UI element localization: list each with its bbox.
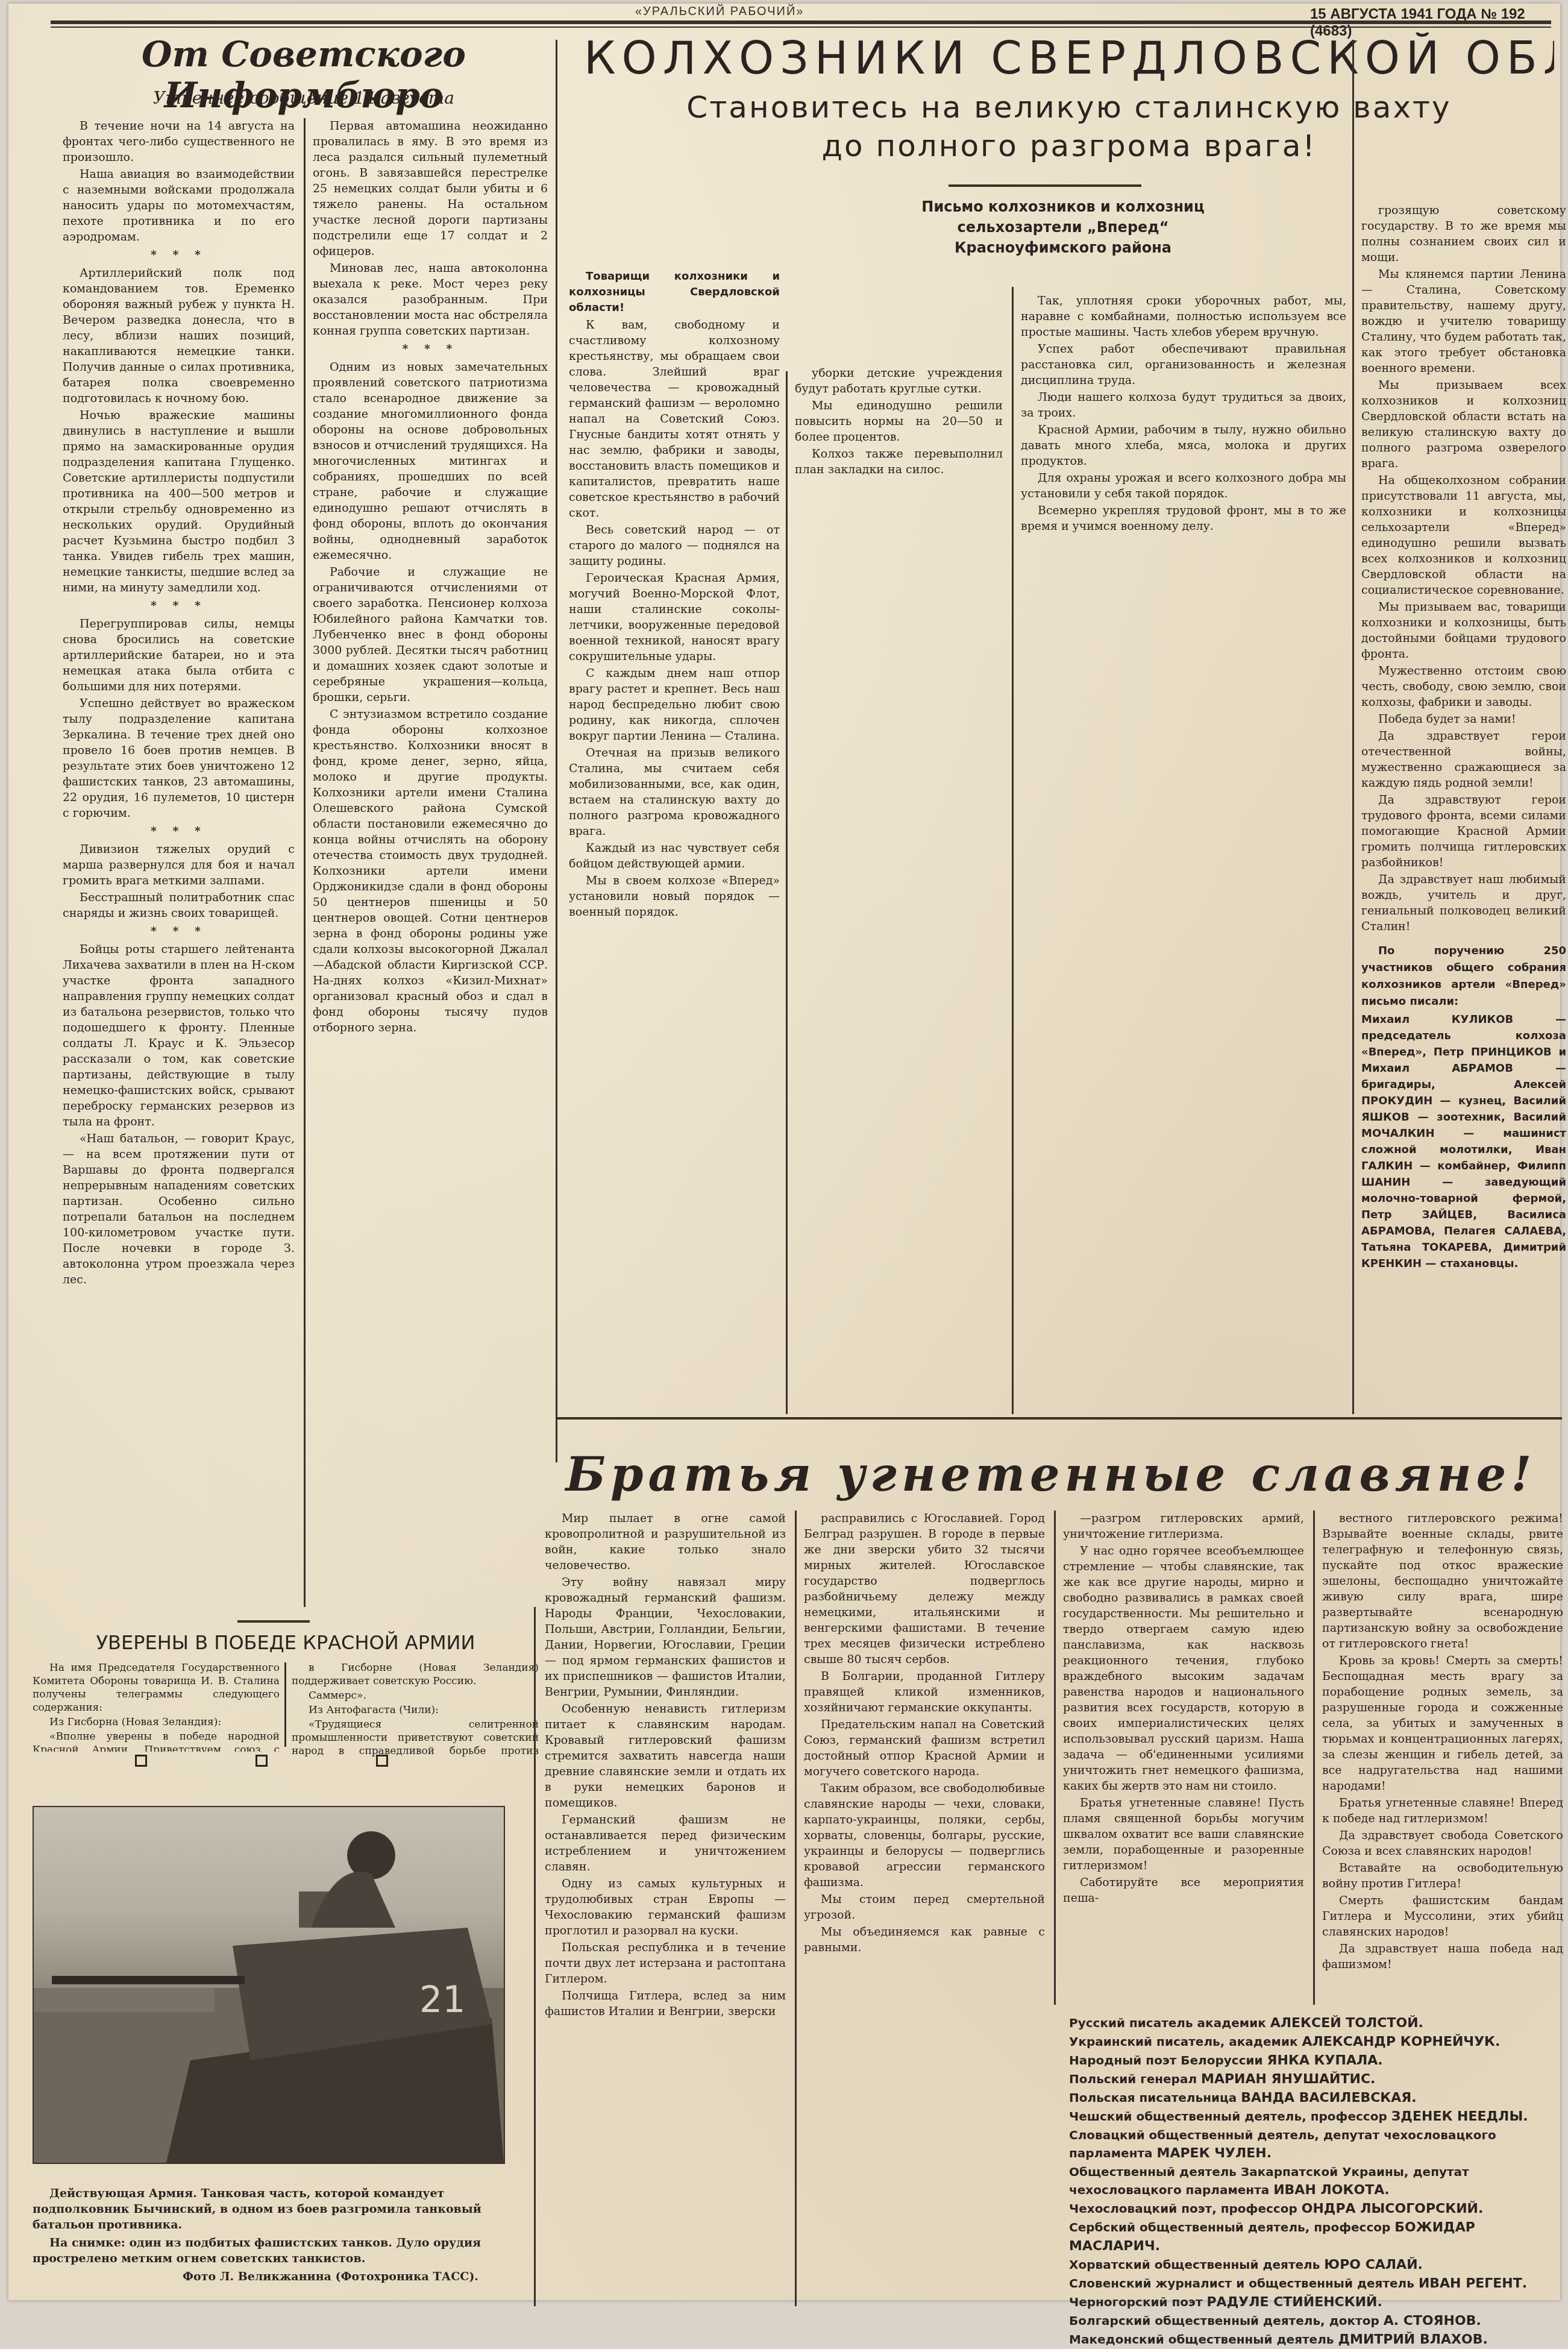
section-stars: * * * bbox=[63, 247, 295, 263]
kolkhoz-column-1-body: К вам, свободному и счастливому колхозно… bbox=[569, 317, 780, 920]
signer: Словацкий общественный деятель, депутат … bbox=[1069, 2126, 1551, 2163]
caption-line-2: На снимке: один из подбитых фашистских т… bbox=[33, 2235, 515, 2266]
paragraph: Да здравствует наша победа над фашизмом! bbox=[1322, 1941, 1563, 1972]
slavs-column-2: расправились с Югославией. Город Белград… bbox=[804, 1511, 1045, 2306]
paragraph: Успех работ обеспечивают правильная расс… bbox=[1021, 341, 1346, 388]
photo-credit: Фото Л. Великжанина (Фотохроника ТАСС). bbox=[33, 2269, 515, 2285]
section-stars: * * * bbox=[63, 923, 295, 939]
paragraph: Смерть фашистским бандам Гитлера и Муссо… bbox=[1322, 1893, 1563, 1940]
kolkhoz-subheadline: Становитесь на великую сталинскую вахту … bbox=[584, 88, 1554, 165]
paragraph: Каждый из нас чувствует себя бойцом дейс… bbox=[569, 840, 780, 872]
paragraph: —разгром гитлеровских армий, уничтожение… bbox=[1063, 1511, 1304, 1542]
paragraph: Мужественно отстоим свою честь, свободу,… bbox=[1361, 663, 1566, 710]
paragraph: Саммерс». bbox=[292, 1689, 539, 1702]
signer-role: Словацкий общественный деятель, депутат … bbox=[1069, 2128, 1496, 2160]
signer: Украинский писатель, академик АЛЕКСАНДР … bbox=[1069, 2033, 1551, 2051]
paragraph: Таким образом, все свободолюбивые славян… bbox=[804, 1781, 1045, 1890]
greeting: Товарищи колхозники и колхозницы Свердло… bbox=[569, 269, 780, 316]
signer-role: Русский писатель академик bbox=[1069, 2016, 1270, 2030]
paragraph: Мы единодушно решили повысить нормы на 2… bbox=[795, 398, 1003, 445]
signer-name: МАРЕК ЧУЛЕН. bbox=[1157, 2146, 1272, 2161]
signer-role: Общественный деятель Закарпатской Украин… bbox=[1069, 2165, 1469, 2197]
masthead-rule-thin bbox=[51, 27, 1551, 28]
paragraph: Да здравствует герои отечественной войны… bbox=[1361, 728, 1566, 791]
paragraph: Так, уплотняя сроки уборочных работ, мы,… bbox=[1021, 293, 1346, 340]
signer-role: Словенский журналист и общественный деят… bbox=[1069, 2276, 1419, 2291]
column-divider bbox=[304, 118, 306, 1607]
column-divider bbox=[1352, 40, 1354, 1414]
paragraph: Полчища Гитлера, вслед за ним фашистов И… bbox=[545, 1988, 786, 2019]
signer: Общественный деятель Закарпатской Украин… bbox=[1069, 2163, 1551, 2200]
paragraph: Саботируйте все мероприятия пеша- bbox=[1063, 1875, 1304, 1906]
signer: Польская писательница ВАНДА ВАСИЛЕВСКАЯ. bbox=[1069, 2089, 1551, 2107]
signer-name: ЯНКА КУПАЛА. bbox=[1267, 2053, 1383, 2068]
signer: Черногорский поэт РАДУЛЕ СТИЙЕНСКИЙ. bbox=[1069, 2293, 1551, 2312]
paragraph: Бойцы роты старшего лейтенанта Лихачева … bbox=[63, 942, 295, 1130]
paragraph: Братья угнетенные славяне! Вперед к побе… bbox=[1322, 1795, 1563, 1826]
signatories: Михаил КУЛИКОВ — председатель колхоза «В… bbox=[1361, 1011, 1566, 1272]
paragraph: Героическая Красная Армия, могучий Военн… bbox=[569, 570, 780, 664]
section-stars: * * * bbox=[63, 598, 295, 614]
paragraph: Мы клянемся партии Ленина — Сталина, Сов… bbox=[1361, 266, 1566, 376]
paragraph: Польская республика и в течение почти дв… bbox=[545, 1940, 786, 1987]
signer-role: Народный поэт Белоруссии bbox=[1069, 2053, 1267, 2068]
slavs-headline: Братья угнетенные славяне! bbox=[539, 1447, 1563, 1502]
paragraph: Первая автомашина неожиданно провалилась… bbox=[313, 118, 548, 259]
subheadline-line-1: Становитесь на великую сталинскую вахту bbox=[584, 88, 1554, 127]
column-divider bbox=[1313, 1511, 1315, 2005]
slavs-column-4: вестного гитлеровского режима! Взрывайте… bbox=[1322, 1511, 1563, 2005]
paragraph: Перегруппировав силы, немцы снова бросил… bbox=[63, 616, 295, 694]
paragraph: Братья угнетенные славяне! Пусть пламя с… bbox=[1063, 1795, 1304, 1873]
signer-name: ВАНДА ВАСИЛЕВСКАЯ. bbox=[1241, 2090, 1416, 2105]
caption-line-1: Действующая Армия. Танковая часть, котор… bbox=[33, 2186, 515, 2233]
paragraph: Да здравствует наш любимый вождь, учител… bbox=[1361, 872, 1566, 934]
signer-role: Польская писательница bbox=[1069, 2090, 1241, 2105]
paragraph: На общеколхозном собрании присутствовали… bbox=[1361, 473, 1566, 598]
paragraph: Колхоз также перевыполнил план закладки … bbox=[795, 446, 1003, 477]
kolkhoz-column-2: уборки детские учреждения будут работать… bbox=[795, 365, 1003, 1414]
sovinformburo-subtitle: Утреннее сообщение 14 августа bbox=[63, 88, 545, 108]
short-rule bbox=[237, 1620, 310, 1623]
paragraph: «Вполне уверены в победе народной Красно… bbox=[33, 1730, 280, 1752]
paragraph: Для охраны урожая и всего колхозного доб… bbox=[1021, 470, 1346, 502]
signer: Хорватский общественный деятель ЮРО САЛА… bbox=[1069, 2256, 1551, 2274]
kolkhoz-column-4: грозящую советскому государству. В то же… bbox=[1361, 203, 1566, 1414]
paragraph: Красной Армии, рабочим в тылу, нужно оби… bbox=[1021, 422, 1346, 469]
column-divider bbox=[786, 371, 788, 1414]
paragraph: Весь советский народ — от старого до мал… bbox=[569, 522, 780, 569]
square-bullet-icon bbox=[135, 1755, 147, 1767]
paragraph: Ночью вражеские машины двинулись в насту… bbox=[63, 407, 295, 596]
paragraph: Кровь за кровь! Смерть за смерть! Беспощ… bbox=[1322, 1653, 1563, 1794]
paragraph: Эту войну навязал миру кровожадный герма… bbox=[545, 1574, 786, 1700]
paragraph: в Гисборне (Новая Зеландия) поддерживает… bbox=[292, 1661, 539, 1688]
section-stars: * * * bbox=[313, 341, 548, 357]
signer-role: Украинский писатель, академик bbox=[1069, 2034, 1302, 2049]
signer-name: МАРИАН ЯНУШАЙТИС. bbox=[1201, 2072, 1375, 2087]
paragraph: вестного гитлеровского режима! Взрывайте… bbox=[1322, 1511, 1563, 1652]
paragraph: У нас одно горячее всеобъемлющее стремле… bbox=[1063, 1543, 1304, 1794]
paragraph: С энтузиазмом встретило создание фонда о… bbox=[313, 706, 548, 1036]
paragraph: Победа будет за нами! bbox=[1361, 711, 1566, 727]
kolkhoz-column-3: Так, уплотняя сроки уборочных работ, мы,… bbox=[1021, 293, 1346, 1414]
paragraph: Бесстрашный политработник спас снаряды и… bbox=[63, 890, 295, 921]
signer-role: Хорватский общественный деятель bbox=[1069, 2257, 1324, 2272]
signer: Болгарский общественный деятель, доктор … bbox=[1069, 2312, 1551, 2321]
slavs-column-1: Мир пылает в огне самой кровопролитной и… bbox=[545, 1511, 786, 2306]
section-divider bbox=[534, 1607, 536, 2306]
paragraph: Рабочие и служащие не ограничиваются отч… bbox=[313, 564, 548, 705]
signer: Сербский общественный деятель, профессор… bbox=[1069, 2218, 1551, 2256]
newspaper-page: «УРАЛЬСКИЙ РАБОЧИЙ» 15 АВГУСТА 1941 ГОДА… bbox=[8, 4, 1560, 2300]
signer-name: ИВАН РЕГЕНТ. bbox=[1419, 2276, 1527, 2291]
paragraph: Германский фашизм не останавливается пер… bbox=[545, 1812, 786, 1875]
signer-name: РАДУЛЕ СТИЙЕНСКИЙ. bbox=[1207, 2295, 1382, 2310]
kolkhoz-column-4-body: грозящую советскому государству. В то же… bbox=[1361, 203, 1566, 934]
paragraph: Одним из новых замечательных проявлений … bbox=[313, 359, 548, 563]
signer-name: ИВАН ЛОКОТА. bbox=[1273, 2183, 1389, 2198]
paragraph: Артиллерийский полк под командованием то… bbox=[63, 265, 295, 406]
signer-name: ЮРО САЛАЙ. bbox=[1324, 2257, 1423, 2272]
paragraph: Особенную ненависть гитлеризм питает к с… bbox=[545, 1701, 786, 1811]
signer: Словенский журналист и общественный деят… bbox=[1069, 2274, 1551, 2293]
paragraph: С каждым днем наш отпор врагу растет и к… bbox=[569, 665, 780, 744]
tank-illustration-icon: 21 bbox=[34, 1807, 504, 2163]
column-divider bbox=[284, 1662, 286, 1747]
signer: Чешский общественный деятель, профессор … bbox=[1069, 2107, 1551, 2126]
photo-caption: Действующая Армия. Танковая часть, котор… bbox=[33, 2186, 515, 2287]
tank-photo: 21 bbox=[33, 1806, 505, 2164]
paragraph: Дивизион тяжелых орудий с марша разверну… bbox=[63, 841, 295, 888]
signer-name: АЛЕКСАНДР КОРНЕЙЧУК. bbox=[1302, 2034, 1500, 2049]
paragraph: Наша авиация во взаимодействии с наземны… bbox=[63, 166, 295, 245]
section-stars: * * * bbox=[63, 823, 295, 839]
paper-name: «УРАЛЬСКИЙ РАБОЧИЙ» bbox=[635, 5, 804, 19]
kolkhoz-column-1: Товарищи колхозники и колхозницы Свердло… bbox=[569, 269, 780, 1414]
paragraph: Всемерно укрепляя трудовой фронт, мы в т… bbox=[1021, 503, 1346, 534]
confident-column-1: На имя Председателя Государственного Ком… bbox=[33, 1661, 280, 1752]
signer-name: А. СТОЯНОВ. bbox=[1384, 2313, 1481, 2321]
paragraph: Одну из самых культурных и трудолюбивых … bbox=[545, 1876, 786, 1939]
separator-bullets bbox=[81, 1755, 442, 1767]
sovinformburo-column-2: Первая автомашина неожиданно провалилась… bbox=[313, 118, 548, 1607]
paragraph: На имя Председателя Государственного Ком… bbox=[33, 1661, 280, 1714]
paragraph: расправились с Югославией. Город Белград… bbox=[804, 1511, 1045, 1667]
paragraph: «Трудящиеся селитренной промышленности п… bbox=[292, 1718, 539, 1758]
paragraph: В течение ночи на 14 августа на фронтах … bbox=[63, 118, 295, 165]
section-rule bbox=[556, 1417, 1562, 1420]
signer-role: Чехословацкий поэт, профессор bbox=[1069, 2201, 1302, 2216]
confident-headline: УВЕРЕНЫ В ПОБЕДЕ КРАСНОЙ АРМИИ bbox=[27, 1631, 545, 1654]
paragraph: Мы объединяемся как равные с равными. bbox=[804, 1924, 1045, 1955]
letter-heading-rule bbox=[949, 184, 1141, 187]
paragraph: К вам, свободному и счастливому колхозно… bbox=[569, 317, 780, 521]
square-bullet-icon bbox=[376, 1755, 388, 1767]
signer-role: Чешский общественный деятель, профессор bbox=[1069, 2109, 1391, 2124]
paragraph: Вставайте на освободительную войну проти… bbox=[1322, 1860, 1563, 1891]
svg-text:21: 21 bbox=[419, 1979, 465, 2021]
paragraph: уборки детские учреждения будут работать… bbox=[795, 365, 1003, 397]
paragraph: В Болгарии, проданной Гитлеру правящей к… bbox=[804, 1668, 1045, 1715]
paragraph: Успешно действует во вражеском тылу подр… bbox=[63, 696, 295, 821]
masthead-rule bbox=[51, 20, 1551, 24]
signer-name: АЛЕКСЕЙ ТОЛСТОЙ. bbox=[1270, 2016, 1423, 2031]
slavs-signatories: Русский писатель академик АЛЕКСЕЙ ТОЛСТО… bbox=[1069, 2014, 1551, 2321]
signer-role: Черногорский поэт bbox=[1069, 2295, 1207, 2309]
signer-role: Болгарский общественный деятель, доктор bbox=[1069, 2313, 1384, 2321]
paragraph: Да здравствует свобода Советского Союза … bbox=[1322, 1828, 1563, 1859]
square-bullet-icon bbox=[256, 1755, 268, 1767]
signer-name: ОНДРА ЛЫСОГОРСКИЙ. bbox=[1302, 2201, 1484, 2216]
paragraph: Из Гисборна (Новая Зеландия): bbox=[33, 1715, 280, 1729]
confident-column-2: в Гисборне (Новая Зеландия) поддерживает… bbox=[292, 1661, 539, 1758]
paragraph: Миновав лес, наша автоколонна выехала к … bbox=[313, 260, 548, 339]
signer-name: ЗДЕНЕК НЕЕДЛЫ. bbox=[1391, 2109, 1528, 2124]
paragraph: Отечная на призыв великого Сталина, мы с… bbox=[569, 745, 780, 839]
signer: Русский писатель академик АЛЕКСЕЙ ТОЛСТО… bbox=[1069, 2014, 1551, 2033]
paragraph: Мы стоим перед смертельной угрозой. bbox=[804, 1891, 1045, 1923]
signer: Польский генерал МАРИАН ЯНУШАЙТИС. bbox=[1069, 2070, 1551, 2089]
paragraph: Да здравствуют герои трудового фронта, в… bbox=[1361, 792, 1566, 870]
signature-intro: По поручению 250 участников общего собра… bbox=[1361, 943, 1566, 1010]
paragraph: грозящую советскому государству. В то же… bbox=[1361, 203, 1566, 265]
column-divider bbox=[1012, 287, 1014, 1414]
sovinformburo-column-1: В течение ночи на 14 августа на фронтах … bbox=[63, 118, 295, 1607]
letter-heading: Письмо колхозников и колхозниц сельхозар… bbox=[912, 197, 1214, 258]
paragraph: «Наш батальон, — говорит Краус, — на все… bbox=[63, 1131, 295, 1288]
paragraph: Мы в своем колхозе «Вперед» установили н… bbox=[569, 873, 780, 920]
kolkhoz-headline: КОЛХОЗНИКИ СВЕРДЛОВСКОЙ ОБЛАСТИ! bbox=[584, 33, 1554, 84]
signer-role: Польский генерал bbox=[1069, 2072, 1201, 2086]
signer: Народный поэт Белоруссии ЯНКА КУПАЛА. bbox=[1069, 2051, 1551, 2070]
paragraph: Мы призываем вас, товарищи колхозники и … bbox=[1361, 599, 1566, 662]
slavs-column-3: —разгром гитлеровских армий, уничтожение… bbox=[1063, 1511, 1304, 2005]
column-divider bbox=[1054, 1511, 1056, 2005]
paragraph: Люди нашего колхоза будут трудиться за д… bbox=[1021, 389, 1346, 421]
paragraph: Из Антофагаста (Чили): bbox=[292, 1703, 539, 1717]
paragraph: Мы призываем всех колхозников и колхозни… bbox=[1361, 377, 1566, 471]
paragraph: Предательским напал на Советский Союз, г… bbox=[804, 1717, 1045, 1779]
column-divider bbox=[795, 1511, 797, 2306]
signer: Чехословацкий поэт, профессор ОНДРА ЛЫСО… bbox=[1069, 2200, 1551, 2218]
signer-role: Сербский общественный деятель, профессор bbox=[1069, 2220, 1394, 2234]
paragraph: Мир пылает в огне самой кровопролитной и… bbox=[545, 1511, 786, 1573]
section-divider bbox=[556, 40, 557, 1462]
subheadline-line-2: до полного разгрома врага! bbox=[584, 127, 1554, 165]
